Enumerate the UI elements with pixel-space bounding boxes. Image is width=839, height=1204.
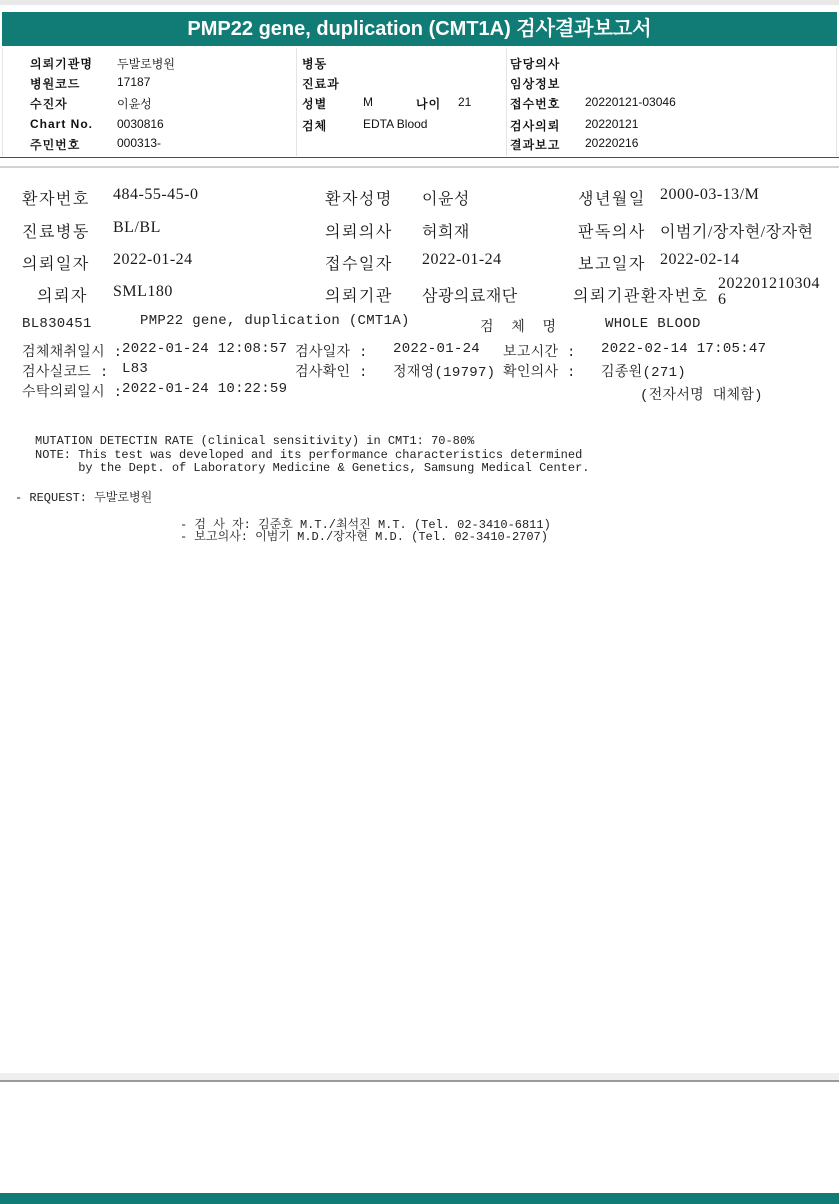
patient-name-label: 환자성명 [325, 186, 393, 209]
chart-no-label: Chart No. [30, 117, 93, 131]
specimen-type-label: 검체 [302, 117, 327, 134]
footer-gray-band-edge [0, 1080, 839, 1082]
verify-value: 정재영(19797) [393, 361, 495, 381]
receipt-no-label: 접수번호 [510, 95, 560, 112]
request-line: - REQUEST: 두발로병원 [15, 488, 152, 505]
report-date-label: 보고일자 [578, 251, 646, 274]
org-patient-no-label: 의뢰기관환자번호 [573, 283, 709, 306]
reporter-line: - 보고의사: 이범기 M.D./장자현 M.D. (Tel. 02-3410-… [180, 527, 548, 544]
note-disclaimer-2: by the Dept. of Laboratory Medicine & Ge… [35, 461, 590, 475]
footer-gray-band [0, 1073, 839, 1080]
result-report-value: 20220216 [585, 136, 638, 150]
requester-label: 의뢰자 [37, 283, 88, 306]
clinical-info-label: 임상정보 [510, 75, 560, 92]
specimen-name-label: 검 체 명 [480, 316, 556, 336]
result-report-label: 결과보고 [510, 136, 560, 153]
test-date-value: 2022-01-24 [393, 341, 480, 357]
resident-no-label: 주민번호 [30, 136, 80, 153]
hospital-code-value: 17187 [117, 75, 150, 89]
age-label: 나이 [416, 95, 441, 112]
note-mutation-rate: MUTATION DETECTIN RATE (clinical sensiti… [35, 434, 474, 448]
page-title: PMP22 gene, duplication (CMT1A) 검사결과보고서 [2, 12, 837, 46]
request-date-value: 2022-01-24 [113, 251, 193, 269]
requesting-org-value: 두발로병원 [117, 55, 175, 72]
info-table-border-mid1 [296, 48, 297, 156]
collect-time-label: 검체채취일시 : [22, 341, 122, 361]
attending-doctor-label: 담당의사 [510, 55, 560, 72]
consign-time-label: 수탁의뢰일시 : [22, 381, 122, 401]
specimen-type-value: EDTA Blood [363, 117, 427, 131]
care-ward-value: BL/BL [113, 219, 161, 237]
chart-no-value: 0030816 [117, 117, 164, 131]
patient-name-value: 이윤성 [422, 186, 470, 209]
department-label: 진료과 [302, 75, 340, 92]
accession-no: BL830451 [22, 316, 92, 332]
requester-value: SML180 [113, 283, 173, 301]
report-page: PMP22 gene, duplication (CMT1A) 검사결과보고서 … [0, 0, 839, 1204]
receive-date-value: 2022-01-24 [422, 251, 502, 269]
collect-time-value: 2022-01-24 12:08:57 [122, 341, 287, 357]
note-disclaimer-1: NOTE: This test was developed and its pe… [35, 448, 582, 462]
sex-label: 성별 [302, 95, 327, 112]
reading-doctor-value: 이범기/장자현/장자현 [660, 219, 814, 242]
specimen-name-value: WHOLE BLOOD [605, 316, 701, 332]
request-org-value: 삼광의료재단 [422, 283, 518, 306]
patient-no-value: 484-55-45-0 [113, 186, 198, 204]
request-org-label: 의뢰기관 [325, 283, 393, 306]
footer-teal-bar [0, 1193, 839, 1204]
birthdate-value: 2000-03-13/M [660, 186, 759, 204]
divider-light [0, 166, 839, 168]
info-table-border-left [2, 48, 3, 156]
confirm-doctor-value: 김종원(271) [601, 361, 686, 381]
sex-value: M [363, 95, 373, 109]
referring-doctor-value: 허희재 [422, 219, 470, 242]
examinee-label: 수진자 [30, 95, 68, 112]
lab-code-value: L83 [122, 361, 148, 377]
order-date-value: 20220121 [585, 117, 638, 131]
esign-note: (전자서명 대체함) [640, 384, 763, 404]
order-date-label: 검사의뢰 [510, 117, 560, 134]
reading-doctor-label: 판독의사 [578, 219, 646, 242]
consign-time-value: 2022-01-24 10:22:59 [122, 381, 287, 397]
test-name: PMP22 gene, duplication (CMT1A) [140, 313, 410, 329]
receipt-no-value: 20220121-03046 [585, 95, 676, 109]
report-title-banner: PMP22 gene, duplication (CMT1A) 검사결과보고서 [2, 12, 837, 46]
referring-doctor-label: 의뢰의사 [325, 219, 393, 242]
resident-no-value: 000313- [117, 136, 161, 150]
info-table-border-right [836, 48, 837, 156]
report-time-label: 보고시간 : [503, 341, 576, 361]
requesting-org-label: 의뢰기관명 [30, 55, 93, 72]
report-time-value: 2022-02-14 17:05:47 [601, 341, 766, 357]
receive-date-label: 접수일자 [325, 251, 393, 274]
lab-code-label: 검사실코드 : [22, 361, 109, 381]
care-ward-label: 진료병동 [22, 219, 90, 242]
verify-label: 검사확인 : [295, 361, 368, 381]
top-gray-strip [0, 0, 839, 5]
report-date-value: 2022-02-14 [660, 251, 740, 269]
patient-no-label: 환자번호 [22, 186, 90, 209]
info-table-border-mid2 [506, 48, 507, 156]
examinee-value: 이윤성 [117, 95, 152, 112]
ward-label: 병동 [302, 55, 327, 72]
birthdate-label: 생년월일 [578, 186, 646, 209]
hospital-code-label: 병원코드 [30, 75, 80, 92]
confirm-doctor-label: 확인의사 : [503, 361, 576, 381]
request-date-label: 의뢰일자 [22, 251, 90, 274]
divider-dark [0, 157, 839, 158]
org-patient-no-value: 202201210304 6 [718, 276, 830, 308]
test-date-label: 검사일자 : [295, 341, 368, 361]
age-value: 21 [458, 95, 471, 109]
